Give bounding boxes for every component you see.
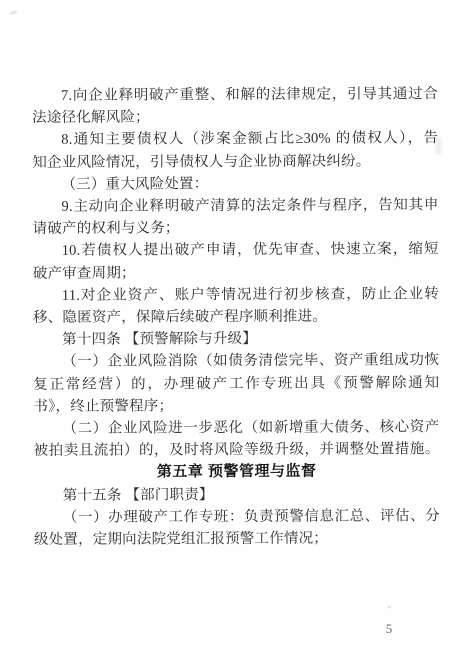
text-line: 知企业风险情况，引导债权人与企业协商解决纠纷。 xyxy=(32,150,438,174)
text-line: 9.主动向企业释明破产清算的法定条件与程序，告知其申 xyxy=(32,194,438,218)
text-line: （一）办理破产工作专班：负责预警信息汇总、评估、分 xyxy=(34,505,440,529)
text-line: 8.通知主要债权人（涉案金额占比≥30% 的债权人），告 xyxy=(32,128,438,152)
text-line: 请破产的权利与义务； xyxy=(33,216,439,240)
text-line: （二）企业风险进一步恶化（如新增重大债务、核心资产 xyxy=(33,416,439,440)
scan-artifact xyxy=(10,10,18,15)
text-line: 书》，终止预警程序； xyxy=(33,394,439,418)
text-line: 7.向企业释明破产重整、和解的法律规定，引导其通过合 xyxy=(32,83,438,107)
text-line: 复正常经营）的，办理破产工作专班出具《预警解除通知 xyxy=(33,372,439,396)
text-line: 被拍卖且流拍）的，及时将风险等级升级，并调整处置措施。 xyxy=(34,438,440,462)
text-line: 10.若债权人提出破产申请，优先审查、快速立案，缩短 xyxy=(33,239,439,263)
scanned-document-page: 7.向企业释明破产重整、和解的法律规定，引导其通过合 法途径化解风险； 8.通知… xyxy=(0,0,473,664)
page-number: 5 xyxy=(378,621,400,637)
document-body: 7.向企业释明破产重整、和解的法律规定，引导其通过合 法途径化解风险； 8.通知… xyxy=(32,83,440,551)
text-line: 移、隐匿资产，保障后续破产程序顺利推进。 xyxy=(33,305,439,329)
text-line: 法途径化解风险； xyxy=(32,105,438,129)
chapter-5-heading: 第五章 预警管理与监督 xyxy=(34,461,440,485)
article-14-heading: 第十四条 【预警解除与升级】 xyxy=(33,327,439,351)
text-line: （一）企业风险消除（如债务清偿完毕、资产重组成功恢 xyxy=(33,350,439,374)
text-line: 11.对企业资产、账户等情况进行初步核查，防止企业转 xyxy=(33,283,439,307)
text-line: 破产审查周期； xyxy=(33,261,439,285)
scan-artifact xyxy=(388,606,391,608)
text-line: 级处置，定期向法院党组汇报预警工作情况； xyxy=(34,527,440,551)
subsection-heading: （三）重大风险处置： xyxy=(32,172,438,196)
article-15-heading: 第十五条 【部门职责】 xyxy=(34,483,440,507)
